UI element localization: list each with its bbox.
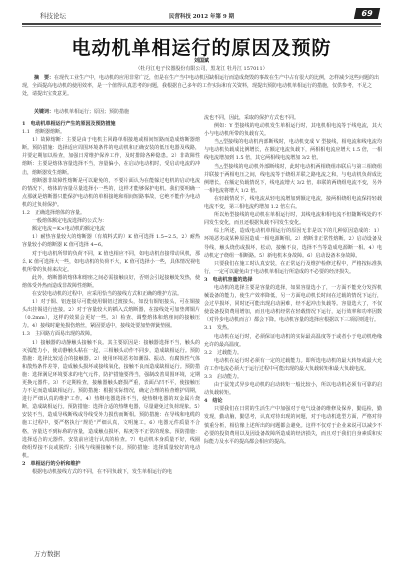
subsection-heading: 1.3 主回路方面易出现的故障。 bbox=[22, 330, 200, 338]
keywords: 关键词：电动机单相运行；原因；预防措施 bbox=[34, 108, 129, 115]
page-header: 科技论坛 民营科技 2012 年第 9 期 69 bbox=[22, 8, 381, 22]
journal-issue: 民营科技 2012 年第 9 期 bbox=[22, 12, 381, 20]
paragraph: 只要我们在施工时认真安装，在正常运行及维护检修过程中，严格按标准执行，一定可以避… bbox=[204, 260, 382, 276]
right-column: 流也不同，因此，采取的保护方式也不同。例如：Y 型接线的电动机发生单相运行时，其… bbox=[204, 114, 382, 446]
paragraph: 1）接触器的动静触头接触不良。其主要原因是：接触器选择不当，触头的灭弧能力小，使… bbox=[22, 339, 200, 460]
section-heading: 2 单相运行的分析和维护 bbox=[22, 460, 200, 468]
subsection-heading: 1.2 正确选择熔体的容量。 bbox=[22, 209, 200, 217]
paragraph: 由于鼠笼式异步电动机的启动转矩一般比较小，所以电动机必须有可靠的启动负载转矩。 bbox=[204, 381, 382, 397]
paragraph: 额定电流＝K×电动机的额定电流 bbox=[22, 225, 200, 233]
keywords-label: 关键词： bbox=[34, 109, 54, 115]
paragraph: 1）耐热容量较大的熔断器（有填料式的）K 值可选择 1.5~2.5。2）耐热容量… bbox=[22, 233, 200, 249]
paragraph: 熔断器非故障性熔断是可以避免的，不要片面认为在能躲过电机的启动电流的情况下，熔体… bbox=[22, 177, 200, 209]
paragraph: 1）故障熔断：主要是由于电机主回路单相接地或相间短路而造成熔断器熔断。预防措施：… bbox=[22, 136, 200, 176]
paragraph: 流也不同，因此，采取的保护方式也不同。 bbox=[204, 114, 382, 122]
abstract: 摘 要：在现代工业生产中，电动机的应用非常广泛，但是在生产当中电动机因缺相运行而… bbox=[22, 74, 381, 99]
abstract-text: 在现代工业生产中，电动机的应用非常广泛，但是在生产当中电动机因缺相运行而造成烧毁… bbox=[22, 75, 379, 97]
paragraph: 根据电动机接线方式的不同，在不同负载下，发生单相运行的电 bbox=[22, 468, 200, 476]
paragraph: 当△型接线的电动机内部断线时，电动机变成 V 型接线，相电流和线电流均与电动机负… bbox=[204, 138, 382, 162]
paragraph: 综上所述，造成电动机单相运行的原因无非是以下的几种原因造成的：1）环境恶劣或某种… bbox=[204, 227, 382, 259]
paragraph: 一般熔体额定电流选择的公式为： bbox=[22, 217, 200, 225]
author-affiliation: （牡丹江电子仪器股份有限公司，黑龙江 牡丹江 157011） bbox=[0, 65, 403, 72]
header-rule-thin bbox=[22, 26, 381, 27]
left-column: 1 电动机单相运行产生的原因及预防措施1.1 熔断器熔断。1）故障熔断：主要是由… bbox=[22, 120, 200, 476]
section-heading: 4 结论 bbox=[204, 397, 382, 405]
author-name: 刘国斌 bbox=[0, 57, 403, 64]
paragraph: 在轻载情况下，线电流从轻电流增加到额定电流，接两相绕组电流保持轻载电流不变，第三… bbox=[204, 195, 382, 211]
paragraph: 对于电动机所带的负荷不同，K 值也相应不同，如电动机直接带动风机，那么 K 值可… bbox=[22, 250, 200, 274]
paragraph: 例如：Y 型接线的电动机发生单相运行时，其电机相电流等于线电流，其大小与电动机所… bbox=[204, 122, 382, 138]
paragraph: 电动机的选择主要是容量的选择，如果容量选小了，一方面不能充分发挥机械设备的能力，… bbox=[204, 284, 382, 324]
section-heading: 1 电动机单相运行产生的原因及预防措施 bbox=[22, 120, 200, 128]
article-title: 电动机单相运行的原因及预防 bbox=[0, 33, 403, 60]
paragraph: 电动机在运行时必须有一定的过载能力。即所选电动机的最大转矩或最大允许工作电流必须… bbox=[204, 357, 382, 373]
subsection-heading: 3.1 发热。 bbox=[204, 324, 382, 332]
subsection-heading: 3.3 启动能力。 bbox=[204, 373, 382, 381]
keywords-text: 电动机单相运行；原因；预防措施 bbox=[54, 109, 129, 115]
abstract-label: 摘 要： bbox=[34, 75, 54, 81]
page-number-badge: 69 bbox=[354, 8, 380, 19]
paragraph: 电动机在运行时，必须保证电动机的实际最高温度等于或者小于电动机绝缘允许的最高温度… bbox=[204, 333, 382, 349]
paragraph: 在安装电动机的过程中，应采用恰当的接线方式和正确的维护方法。 bbox=[22, 290, 200, 298]
paragraph: 1）对于铜、铝连接尽可能使用铜铝过渡接头，如没有铜铝接头，可在铜接头出挂锡进行连… bbox=[22, 298, 200, 330]
paragraph: 当△型接线的电动机外部断线时，此时电动机两相绕组串联后与第三相绕组并联接于两相电… bbox=[204, 163, 382, 195]
watermark: 万方数据 bbox=[34, 549, 60, 558]
header-rule bbox=[22, 23, 381, 25]
subsection-heading: 3.2 过载能力。 bbox=[204, 349, 382, 357]
subsection-heading: 1.1 熔断器熔断。 bbox=[22, 128, 200, 136]
paragraph: 所以角型接线的电动机在单相运行时，其线电流和相电流不但随断线处的不同发生变化，而… bbox=[204, 211, 382, 227]
paragraph: 此外，熔断器的熔体和熔座之间必需接触良好，否则会引起接触处发热，使熔体受外热而造… bbox=[22, 274, 200, 290]
paragraph: 只要我们在日常的生活生产中加强对于电气设备的维修及保养，勤巡检，勤发现，勤动脑，… bbox=[204, 405, 382, 445]
section-heading: 3 电动机容量的选择 bbox=[204, 276, 382, 284]
